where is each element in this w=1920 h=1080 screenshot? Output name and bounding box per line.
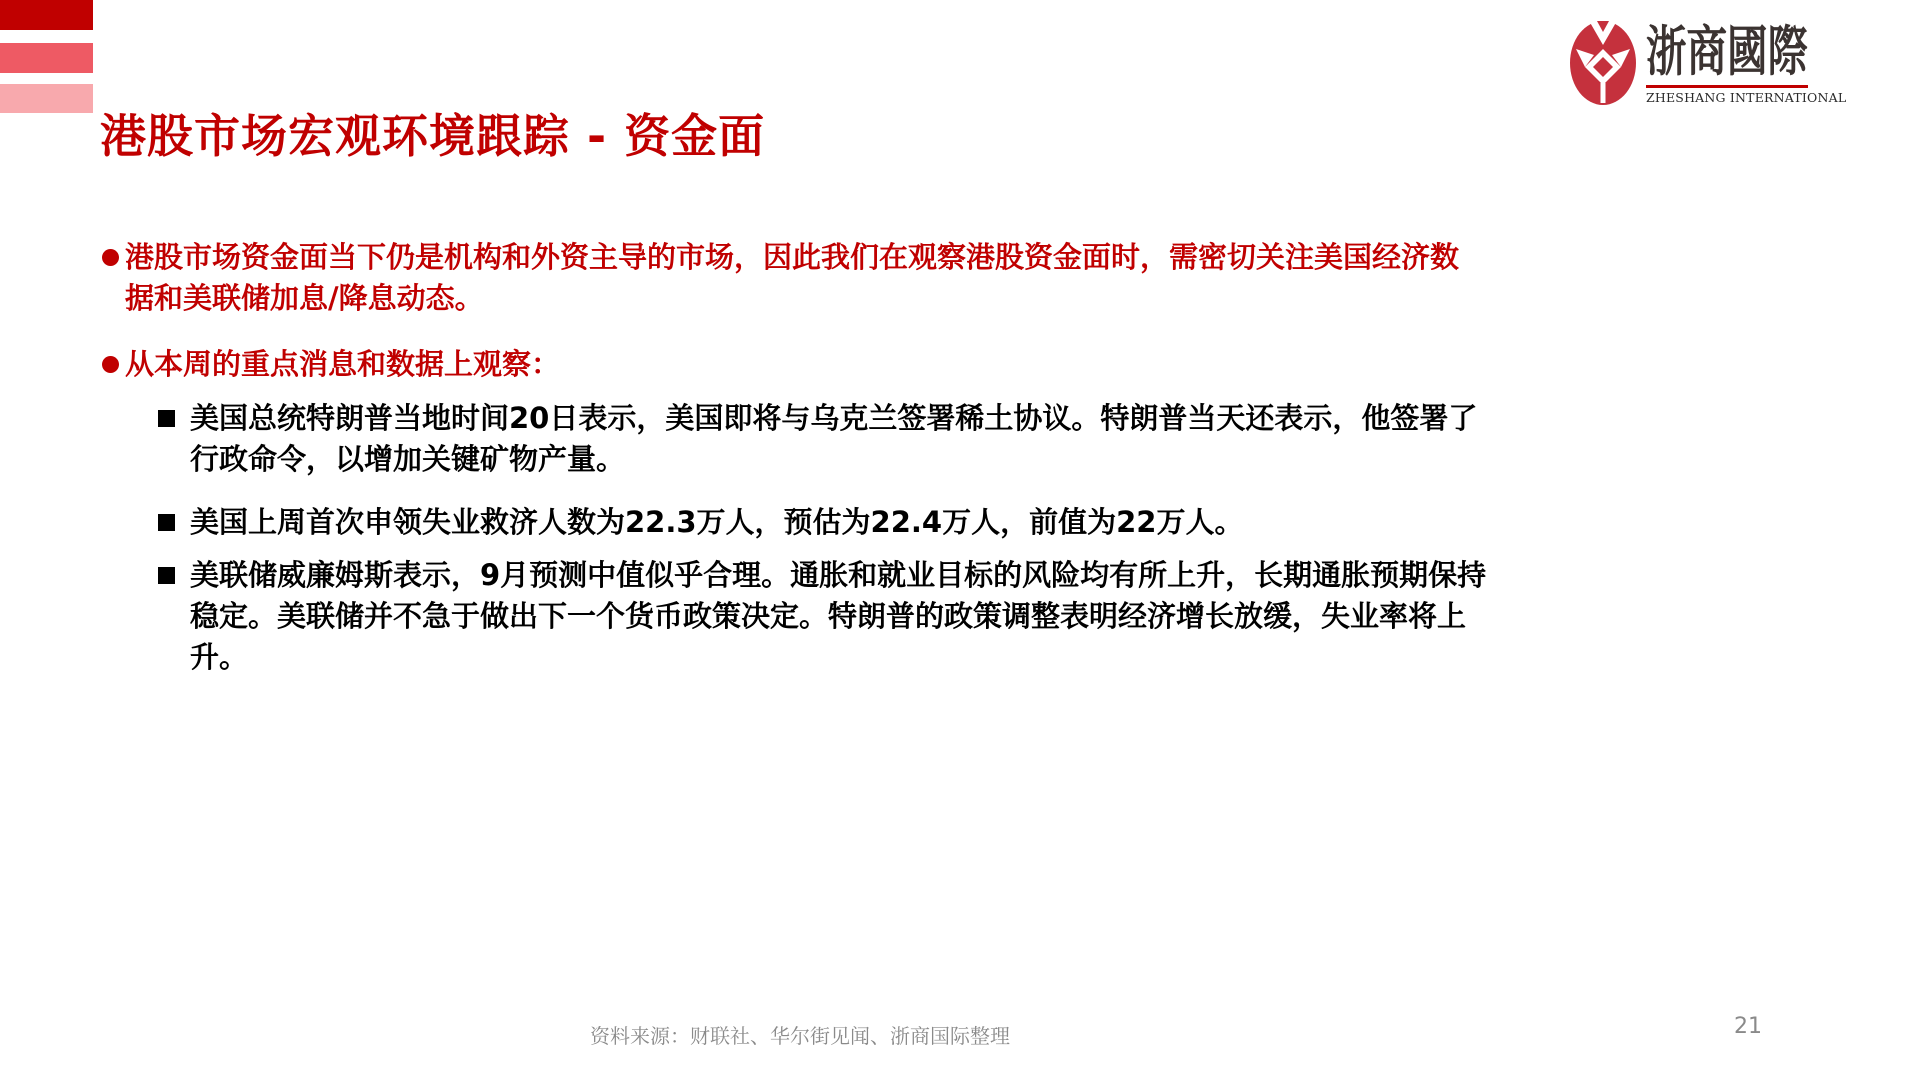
company-logo: 浙商國際 ZHESHANG INTERNATIONAL: [1570, 20, 1810, 108]
bullet-circle-marker: [102, 249, 119, 266]
bullet-square-marker: [158, 567, 175, 584]
page-title: 港股市场宏观环境跟踪 - 资金面: [100, 100, 765, 166]
sub-bullet-item: 美国上周首次申领失业救济人数为22.3万人，预估为22.4万人，前值为22万人。: [190, 502, 1490, 543]
logo-name-en: ZHESHANG INTERNATIONAL: [1646, 90, 1810, 105]
sub-bullet-item: 美联储威廉姆斯表示，9月预测中值似乎合理。通胀和就业目标的风险均有所上升，长期通…: [190, 555, 1490, 678]
bullet-circle-marker: [102, 356, 119, 373]
logo-name-cn: 浙商國際: [1646, 20, 1769, 82]
page-number: 21: [1734, 1014, 1762, 1039]
corner-bar-light: [0, 84, 93, 113]
bullet-item: 港股市场资金面当下仍是机构和外资主导的市场，因此我们在观察港股资金面时，需密切关…: [125, 237, 1473, 319]
slide: 港股市场宏观环境跟踪 - 资金面 浙商國際 ZHESHANG INTERNATI…: [0, 0, 1920, 1080]
bullet-square-marker: [158, 410, 175, 427]
sub-bullet-item: 美国总统特朗普当地时间20日表示，美国即将与乌克兰签署稀土协议。特朗普当天还表示…: [190, 398, 1490, 480]
logo-emblem-icon: [1570, 21, 1636, 105]
bullet-item: 从本周的重点消息和数据上观察：: [125, 344, 1473, 385]
corner-bar-medium: [0, 43, 93, 73]
corner-bar-dark: [0, 0, 93, 30]
logo-text-block: 浙商國際 ZHESHANG INTERNATIONAL: [1646, 20, 1810, 105]
logo-rule: [1646, 85, 1808, 88]
source-note: 资料来源：财联社、华尔街见闻、浙商国际整理: [590, 1020, 1010, 1049]
bullet-square-marker: [158, 514, 175, 531]
